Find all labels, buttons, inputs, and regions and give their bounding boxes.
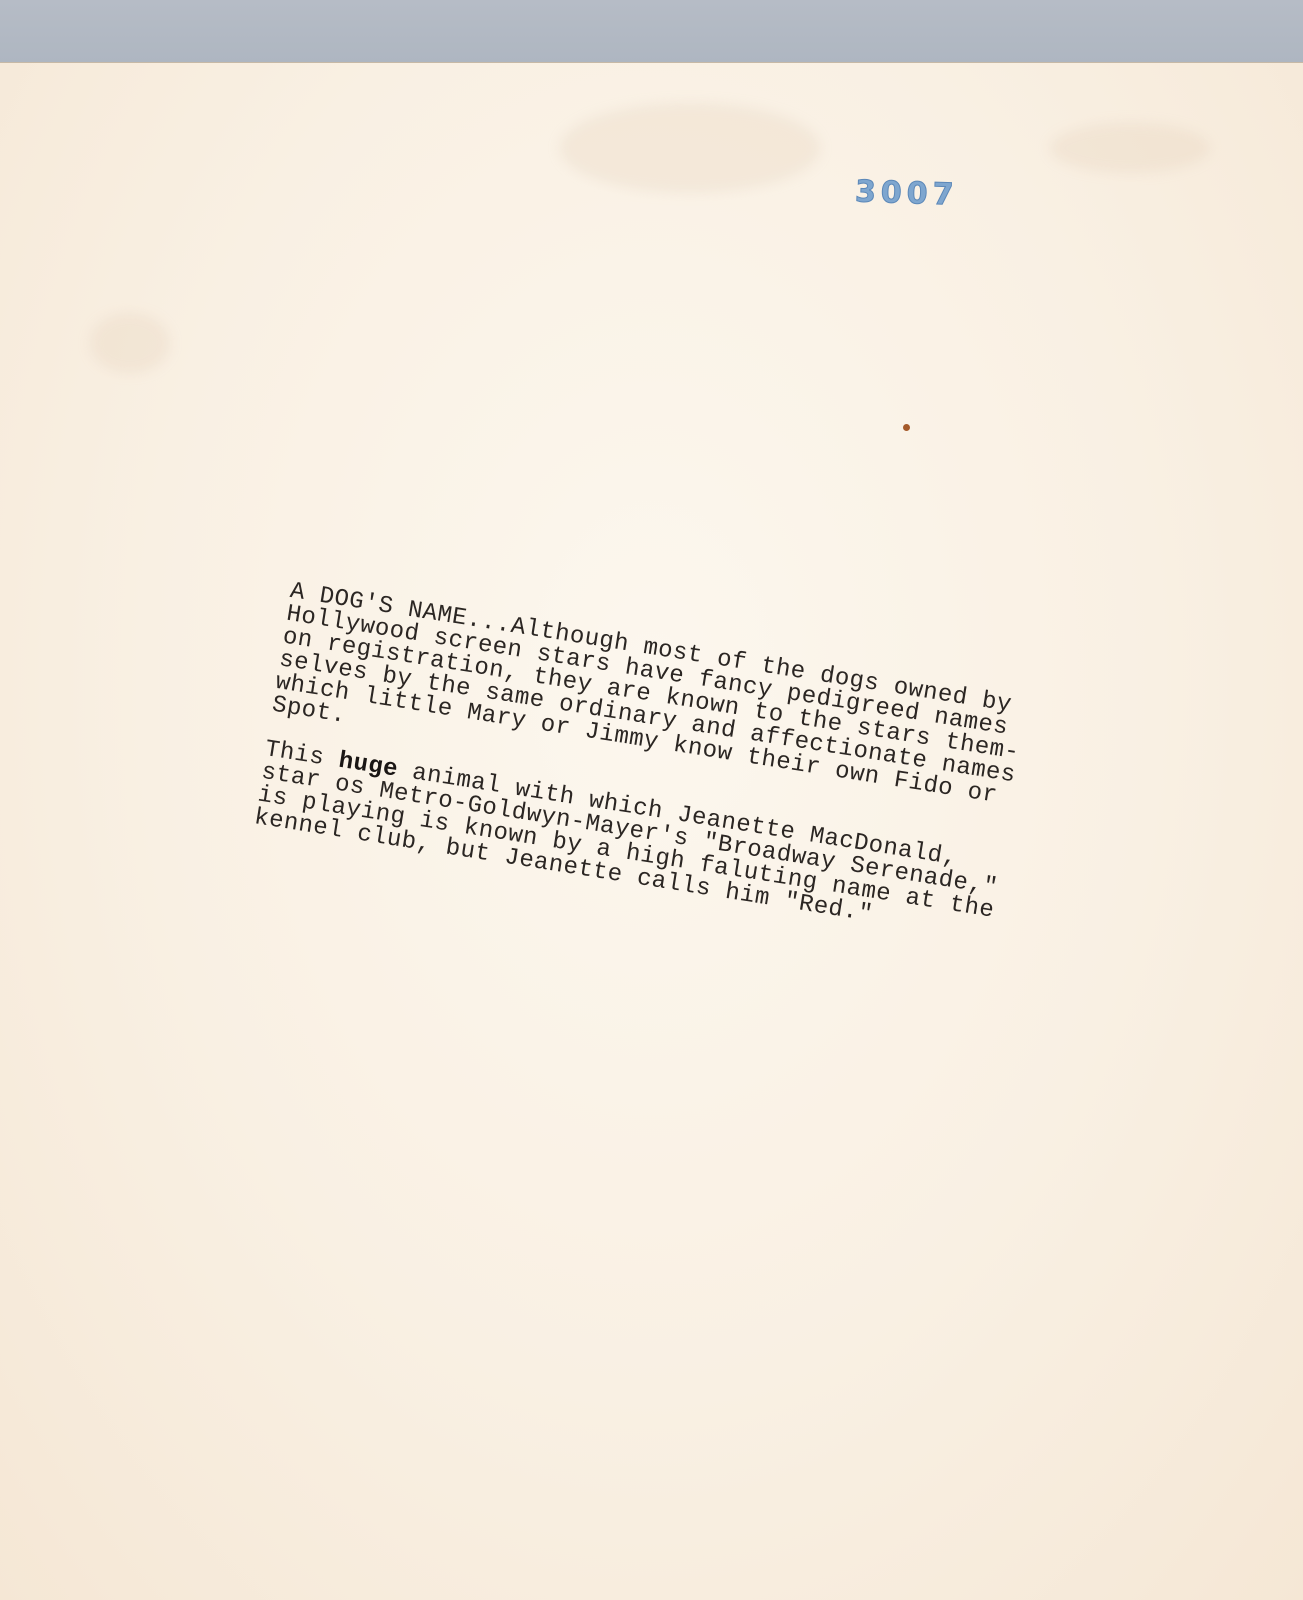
scan-backdrop bbox=[0, 0, 1303, 64]
paper-stain bbox=[90, 313, 170, 373]
paper-stain bbox=[1050, 123, 1210, 173]
paper-stain bbox=[560, 103, 820, 193]
serial-number-stamp: 3007 bbox=[854, 174, 959, 213]
ink-speck bbox=[903, 424, 910, 431]
